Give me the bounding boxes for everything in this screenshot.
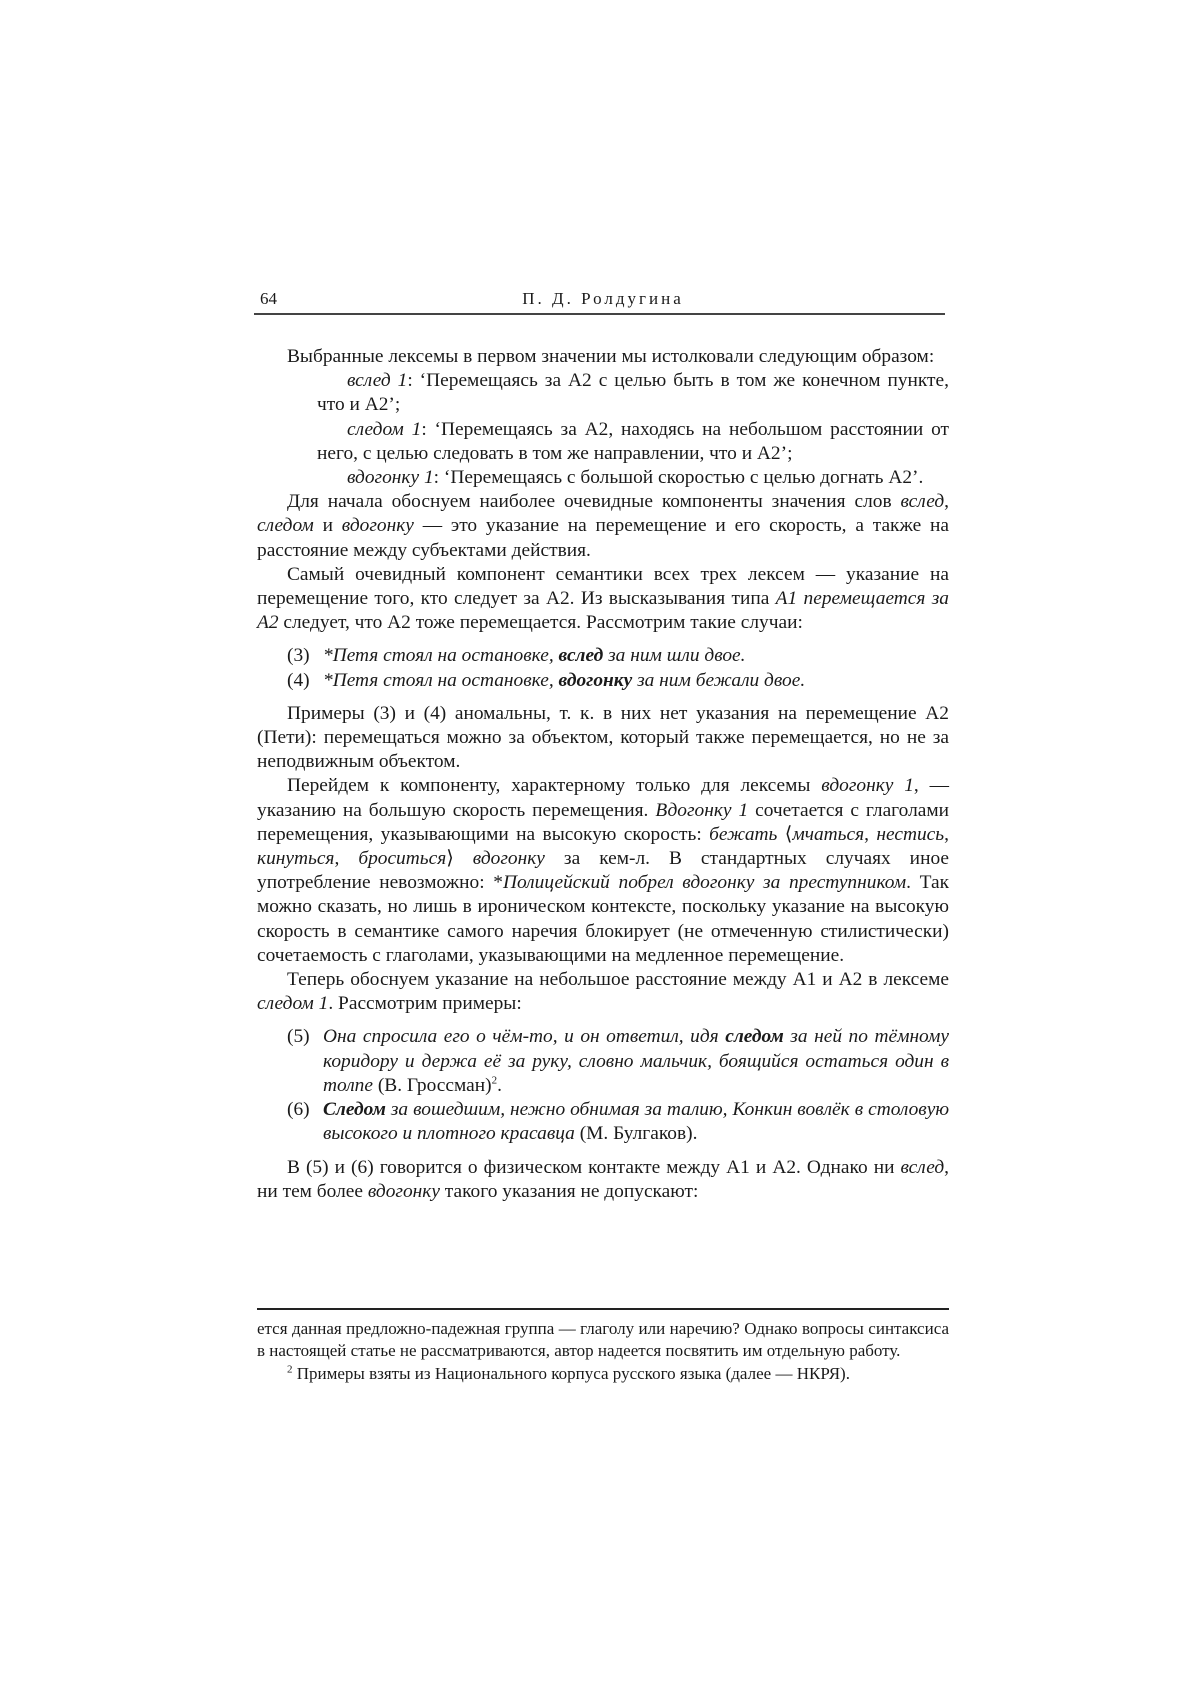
definition-vdogonku: вдогонку 1: ‘Перемещаясь с большой скоро… bbox=[257, 466, 949, 490]
example-number: (3) bbox=[257, 644, 323, 668]
example-number: (6) bbox=[257, 1098, 323, 1146]
example-4: (4) *Петя стоял на остановке, вдогонку з… bbox=[257, 669, 949, 693]
footnote-2: 2 Примеры взяты из Национального корпуса… bbox=[257, 1363, 949, 1385]
paragraph-3: Примеры (3) и (4) аномальны, т. к. в них… bbox=[257, 702, 949, 775]
definition-term: следом 1 bbox=[347, 419, 421, 440]
paragraph-2: Самый очевидный компонент семантики всех… bbox=[257, 563, 949, 636]
definition-sledom: следом 1: ‘Перемещаясь за А2, находясь н… bbox=[257, 418, 949, 466]
paragraph-intro: Выбранные лексемы в первом значении мы и… bbox=[257, 345, 949, 369]
running-head: 64 П. Д. Ролдугина bbox=[257, 289, 949, 313]
example-text: *Петя стоял на остановке, вслед за ним ш… bbox=[323, 644, 949, 668]
running-head-author: П. Д. Ролдугина bbox=[257, 289, 949, 309]
example-source: (М. Булгаков). bbox=[575, 1123, 698, 1144]
example-text: *Петя стоял на остановке, вдогонку за ни… bbox=[323, 669, 949, 693]
example-source: (В. Гроссман) bbox=[373, 1075, 492, 1096]
example-text: Она спросила его о чём-то, и он ответил,… bbox=[323, 1025, 949, 1098]
paragraph-4: Перейдем к компоненту, характерному толь… bbox=[257, 774, 949, 968]
example-number: (5) bbox=[257, 1025, 323, 1098]
example-3: (3) *Петя стоял на остановке, вслед за н… bbox=[257, 644, 949, 668]
paragraph-6: В (5) и (6) говорится о физическом конта… bbox=[257, 1156, 949, 1204]
footnote-text: Примеры взяты из Национального корпуса р… bbox=[293, 1364, 850, 1383]
definition-term: вдогонку 1 bbox=[347, 467, 434, 488]
header-rule bbox=[254, 313, 945, 315]
example-5: (5) Она спросила его о чём-то, и он отве… bbox=[257, 1025, 949, 1098]
definition-vsled: вслед 1: ‘Перемещаясь за А2 с целью быть… bbox=[257, 369, 949, 417]
example-6: (6) Следом за вошедшим, нежно обнимая за… bbox=[257, 1098, 949, 1146]
example-number: (4) bbox=[257, 669, 323, 693]
footnote-rule bbox=[257, 1308, 949, 1310]
definition-term: вслед 1 bbox=[347, 370, 407, 391]
example-text: Следом за вошедшим, нежно обнимая за тал… bbox=[323, 1098, 949, 1146]
definition-text: : ‘Перемещаясь за А2 с целью быть в том … bbox=[317, 370, 949, 415]
paragraph-1: Для начала обоснуем наиболее очевидные к… bbox=[257, 490, 949, 563]
main-text: Выбранные лексемы в первом значении мы и… bbox=[257, 345, 949, 1204]
footnotes: ется данная предложно-падежная группа — … bbox=[257, 1318, 949, 1385]
footnote-1-continued: ется данная предложно-падежная группа — … bbox=[257, 1318, 949, 1361]
definition-text: : ‘Перемещаясь с большой скоростью с цел… bbox=[434, 467, 924, 488]
paragraph-5: Теперь обоснуем указание на небольшое ра… bbox=[257, 968, 949, 1016]
